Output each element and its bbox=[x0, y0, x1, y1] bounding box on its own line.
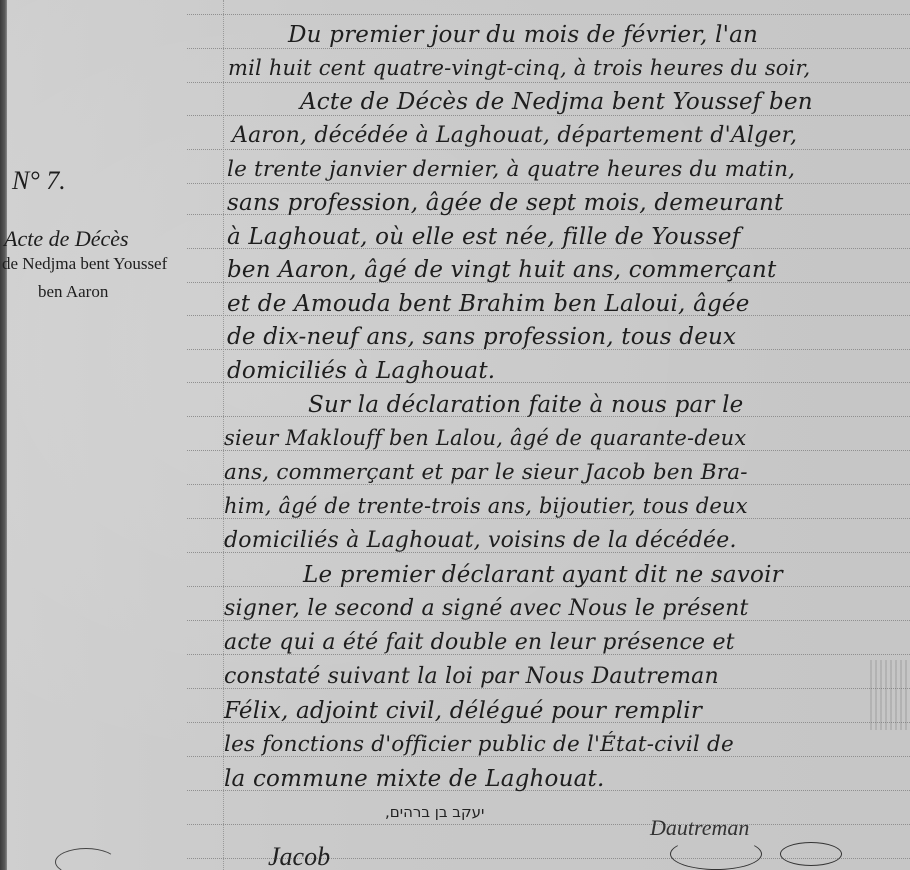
margin-deceased-name: de Nedjma bent Youssef bbox=[2, 254, 167, 274]
officer-signature: Dautreman bbox=[650, 815, 749, 841]
ruled-line bbox=[187, 82, 910, 83]
ruled-line bbox=[187, 824, 910, 825]
body-line: acte qui a été fait double en leur prése… bbox=[224, 630, 735, 655]
body-line: sieur Maklouff ben Lalou, âgé de quarant… bbox=[224, 426, 746, 450]
book-binding-edge bbox=[0, 0, 7, 870]
ruled-line bbox=[187, 450, 910, 451]
body-line: domiciliés à Laghouat, voisins de la déc… bbox=[224, 528, 737, 553]
body-line: le trente janvier dernier, à quatre heur… bbox=[227, 157, 795, 182]
body-line: à Laghouat, où elle est née, fille de Yo… bbox=[227, 224, 740, 250]
register-page: N° 7. Acte de Décès de Nedjma bent Youss… bbox=[0, 0, 910, 870]
body-line: mil huit cent quatre-vingt-cinq, à trois… bbox=[228, 56, 810, 80]
body-line: Félix, adjoint civil, délégué pour rempl… bbox=[224, 698, 702, 724]
body-line: ans, commerçant et par le sieur Jacob be… bbox=[224, 460, 748, 485]
hebrew-signature: יעקב בן ברהים, bbox=[385, 803, 484, 821]
body-line: ben Aaron, âgé de vingt huit ans, commer… bbox=[227, 257, 776, 283]
body-line: et de Amouda bent Brahim ben Laloui, âgé… bbox=[227, 291, 750, 317]
body-line: Aaron, décédée à Laghouat, département d… bbox=[232, 123, 797, 148]
body-line: Acte de Décès de Nedjma bent Youssef ben bbox=[300, 89, 813, 115]
body-line: Le premier déclarant ayant dit ne savoir bbox=[303, 562, 783, 588]
signature-flourish bbox=[670, 838, 762, 870]
body-line: him, âgé de trente-trois ans, bijoutier,… bbox=[224, 494, 748, 518]
body-line: Du premier jour du mois de février, l'an bbox=[288, 22, 758, 48]
entry-number: N° 7. bbox=[12, 166, 66, 196]
body-line: les fonctions d'officier public de l'Éta… bbox=[224, 732, 734, 757]
ruled-line bbox=[187, 115, 910, 116]
body-line: domiciliés à Laghouat. bbox=[227, 358, 495, 384]
paper-stain bbox=[870, 660, 910, 730]
body-line: la commune mixte de Laghouat. bbox=[224, 766, 604, 792]
body-line: signer, le second a signé avec Nous le p… bbox=[224, 596, 749, 621]
margin-title: Acte de Décès bbox=[4, 226, 129, 252]
margin-deceased-name-cont: ben Aaron bbox=[38, 282, 108, 302]
ruled-line bbox=[187, 518, 910, 519]
body-line: Sur la déclaration faite à nous par le bbox=[308, 392, 743, 418]
body-line: sans profession, âgée de sept mois, deme… bbox=[227, 190, 783, 216]
ruled-line bbox=[187, 149, 910, 150]
margin-flourish bbox=[55, 848, 117, 870]
declarant-signature: Jacob bbox=[268, 842, 330, 870]
ruled-line bbox=[187, 14, 910, 15]
body-line: de dix-neuf ans, sans profession, tous d… bbox=[227, 324, 736, 350]
body-line: constaté suivant la loi par Nous Dautrem… bbox=[224, 664, 719, 689]
ruled-line bbox=[187, 183, 910, 184]
ruled-line bbox=[187, 48, 910, 49]
signature-flourish bbox=[780, 842, 842, 866]
